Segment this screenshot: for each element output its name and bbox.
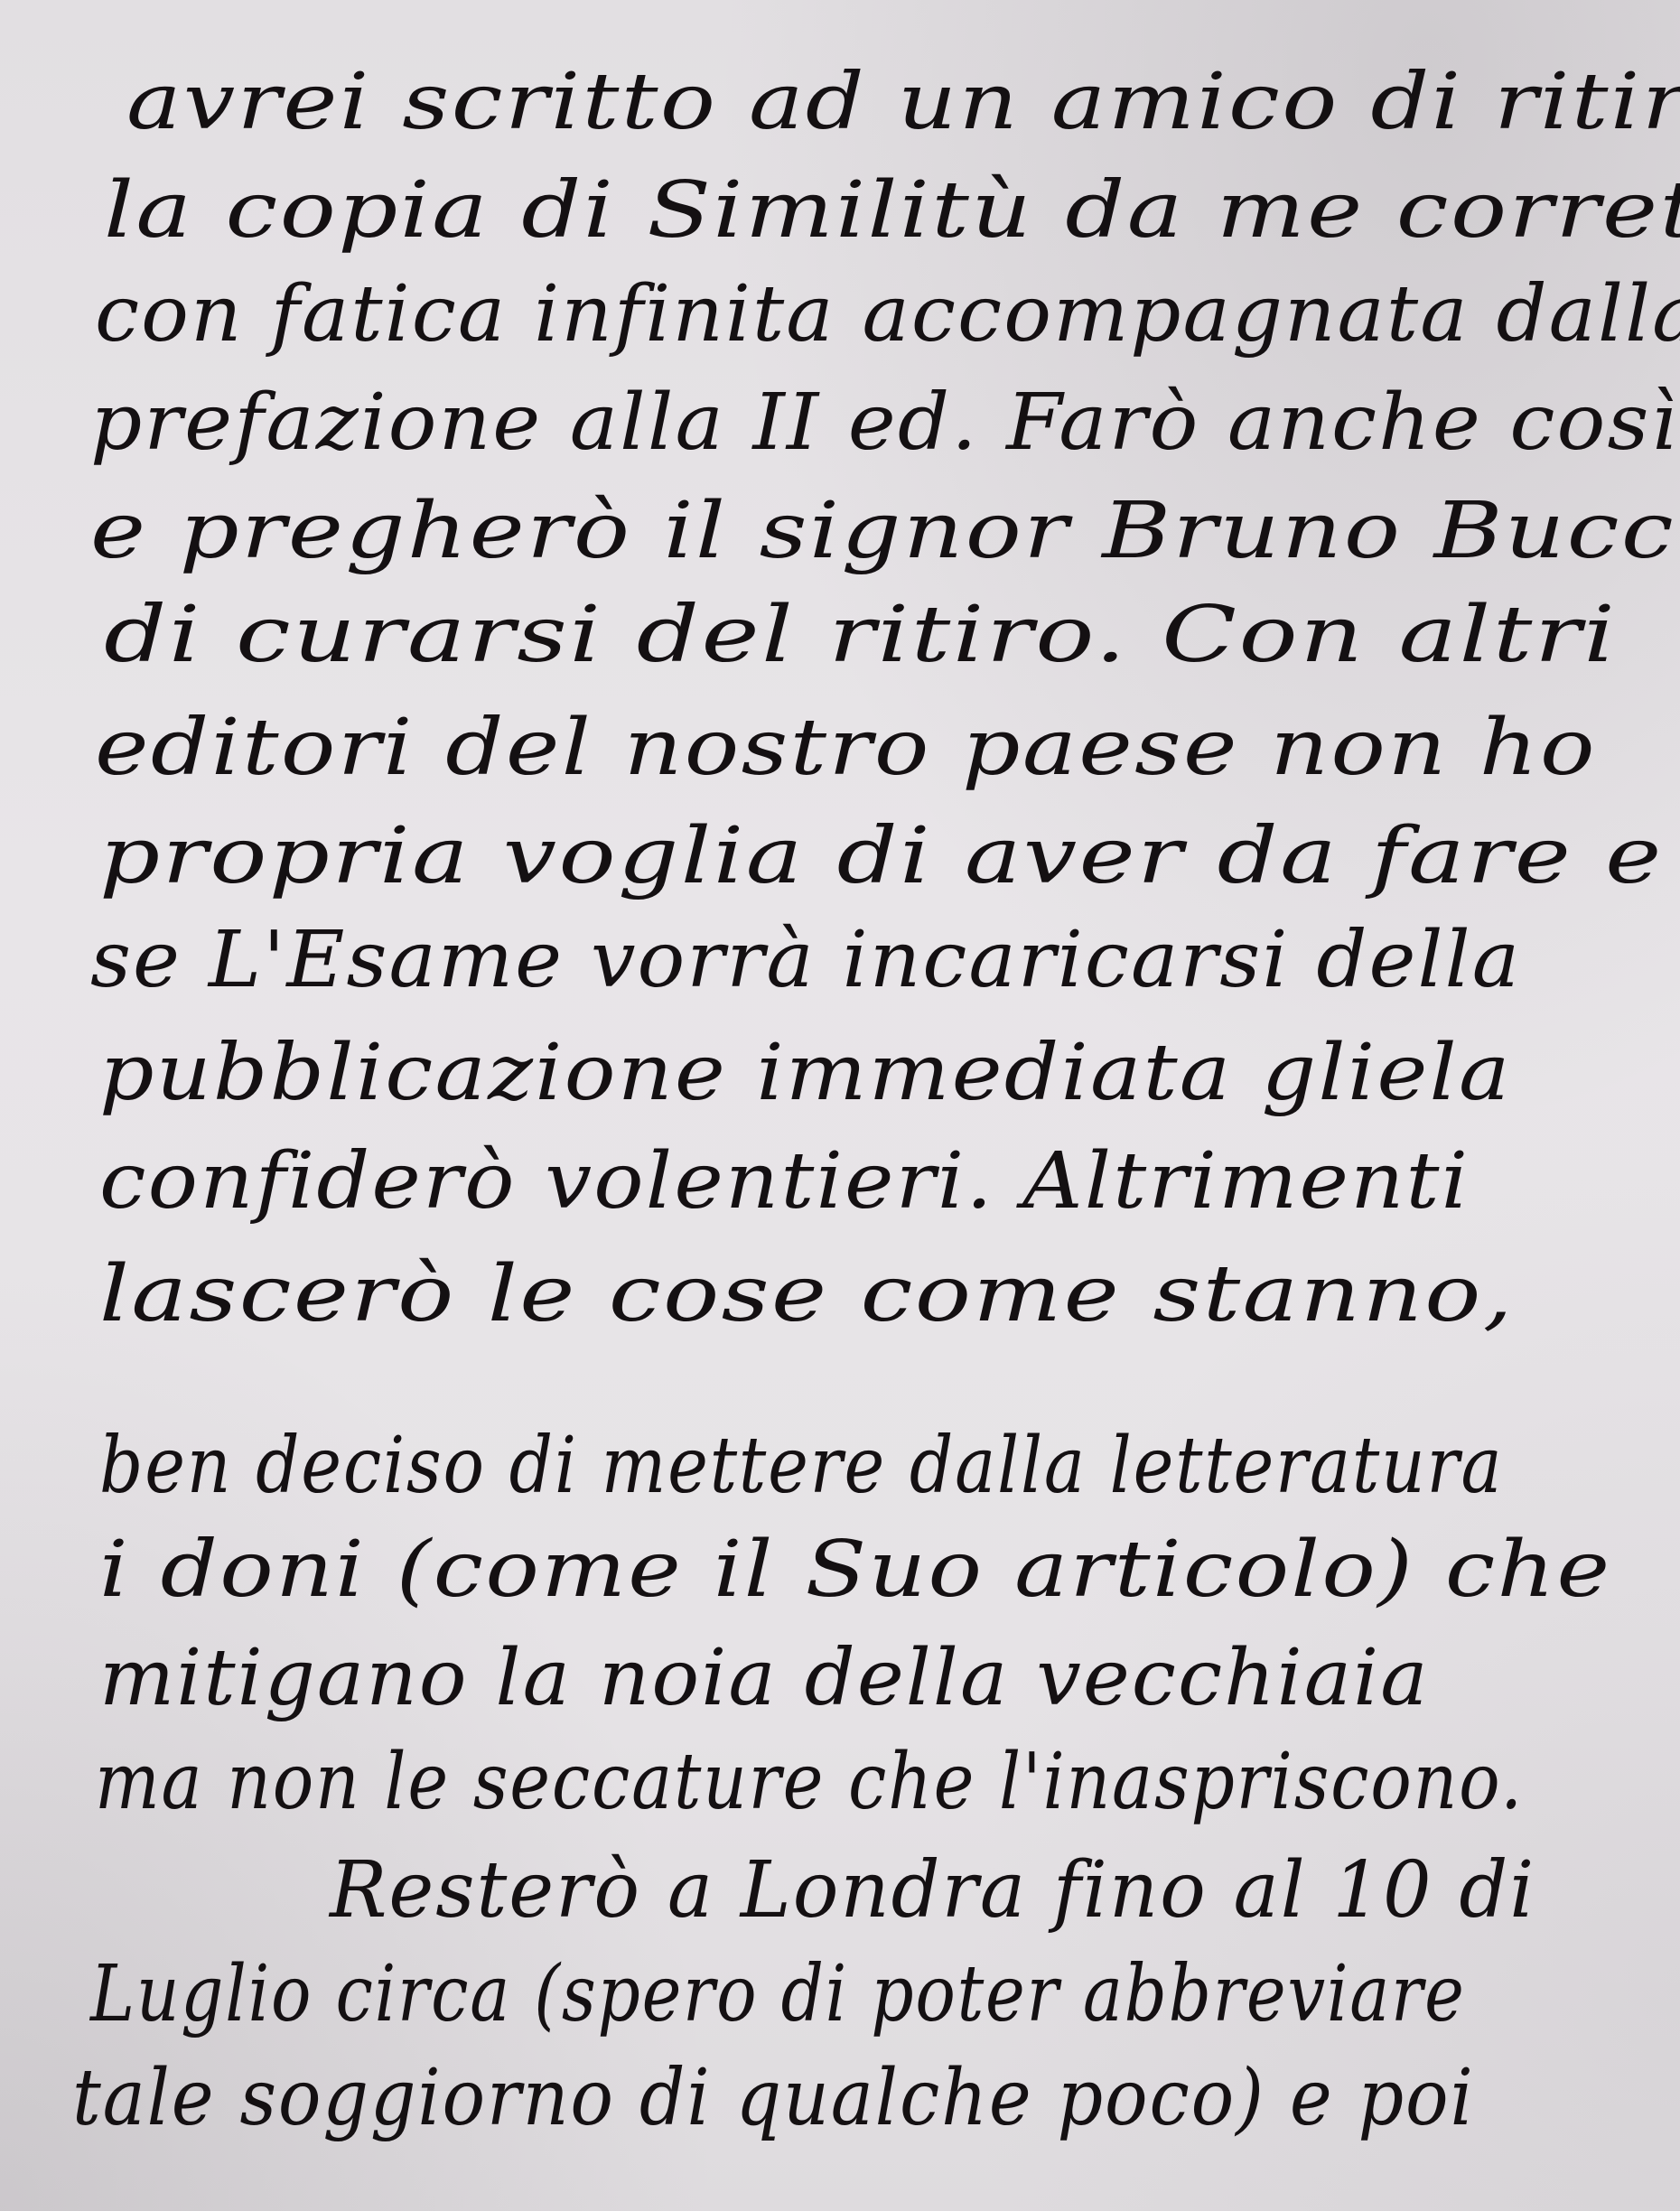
handwritten-line-4: prefazione alla II ed. Farò anche così bbox=[90, 384, 1678, 462]
handwritten-line-17: Resterò a Londra fino al 10 di bbox=[330, 1852, 1535, 1929]
handwritten-line-18: Luglio circa (spero di poter abbreviare bbox=[90, 1955, 1466, 2033]
handwritten-line-2: la copia di Similitù da me corretta bbox=[104, 172, 1680, 249]
handwritten-line-12: lascerò le cose come stanno, bbox=[99, 1255, 1515, 1333]
handwritten-line-9: se L'Esame vorrà incaricarsi della bbox=[90, 921, 1521, 999]
letter-page: avrei scritto ad un amico di ritirare la… bbox=[0, 0, 1680, 2211]
handwritten-line-6: di curarsi del ritiro. Con altri bbox=[104, 596, 1617, 674]
handwritten-line-13: ben deciso di mettere dalla letteratura bbox=[99, 1427, 1503, 1505]
handwritten-line-8: propria voglia di aver da fare e bbox=[99, 817, 1664, 895]
handwritten-line-11: confiderò volentieri. Altrimenti bbox=[99, 1143, 1470, 1220]
handwritten-line-7: editori del nostro paese non ho bbox=[95, 709, 1597, 787]
handwritten-line-10: pubblicazione immediata gliela bbox=[99, 1034, 1512, 1112]
handwritten-line-14: i doni (come il Suo articolo) che bbox=[99, 1531, 1611, 1609]
handwritten-line-19: tale soggiorno di qualche poco) e poi bbox=[72, 2059, 1475, 2137]
handwritten-line-5: e pregherò il signor Bruno Bucci bbox=[90, 492, 1680, 570]
handwritten-line-3: con fatica infinita accompagnata dalla bbox=[95, 275, 1680, 353]
handwritten-line-15: mitigano la noia della vecchiaia bbox=[99, 1639, 1430, 1717]
handwritten-line-1: avrei scritto ad un amico di ritirare bbox=[126, 63, 1680, 141]
handwritten-line-16: ma non le seccature che l'inaspriscono. bbox=[95, 1743, 1524, 1821]
